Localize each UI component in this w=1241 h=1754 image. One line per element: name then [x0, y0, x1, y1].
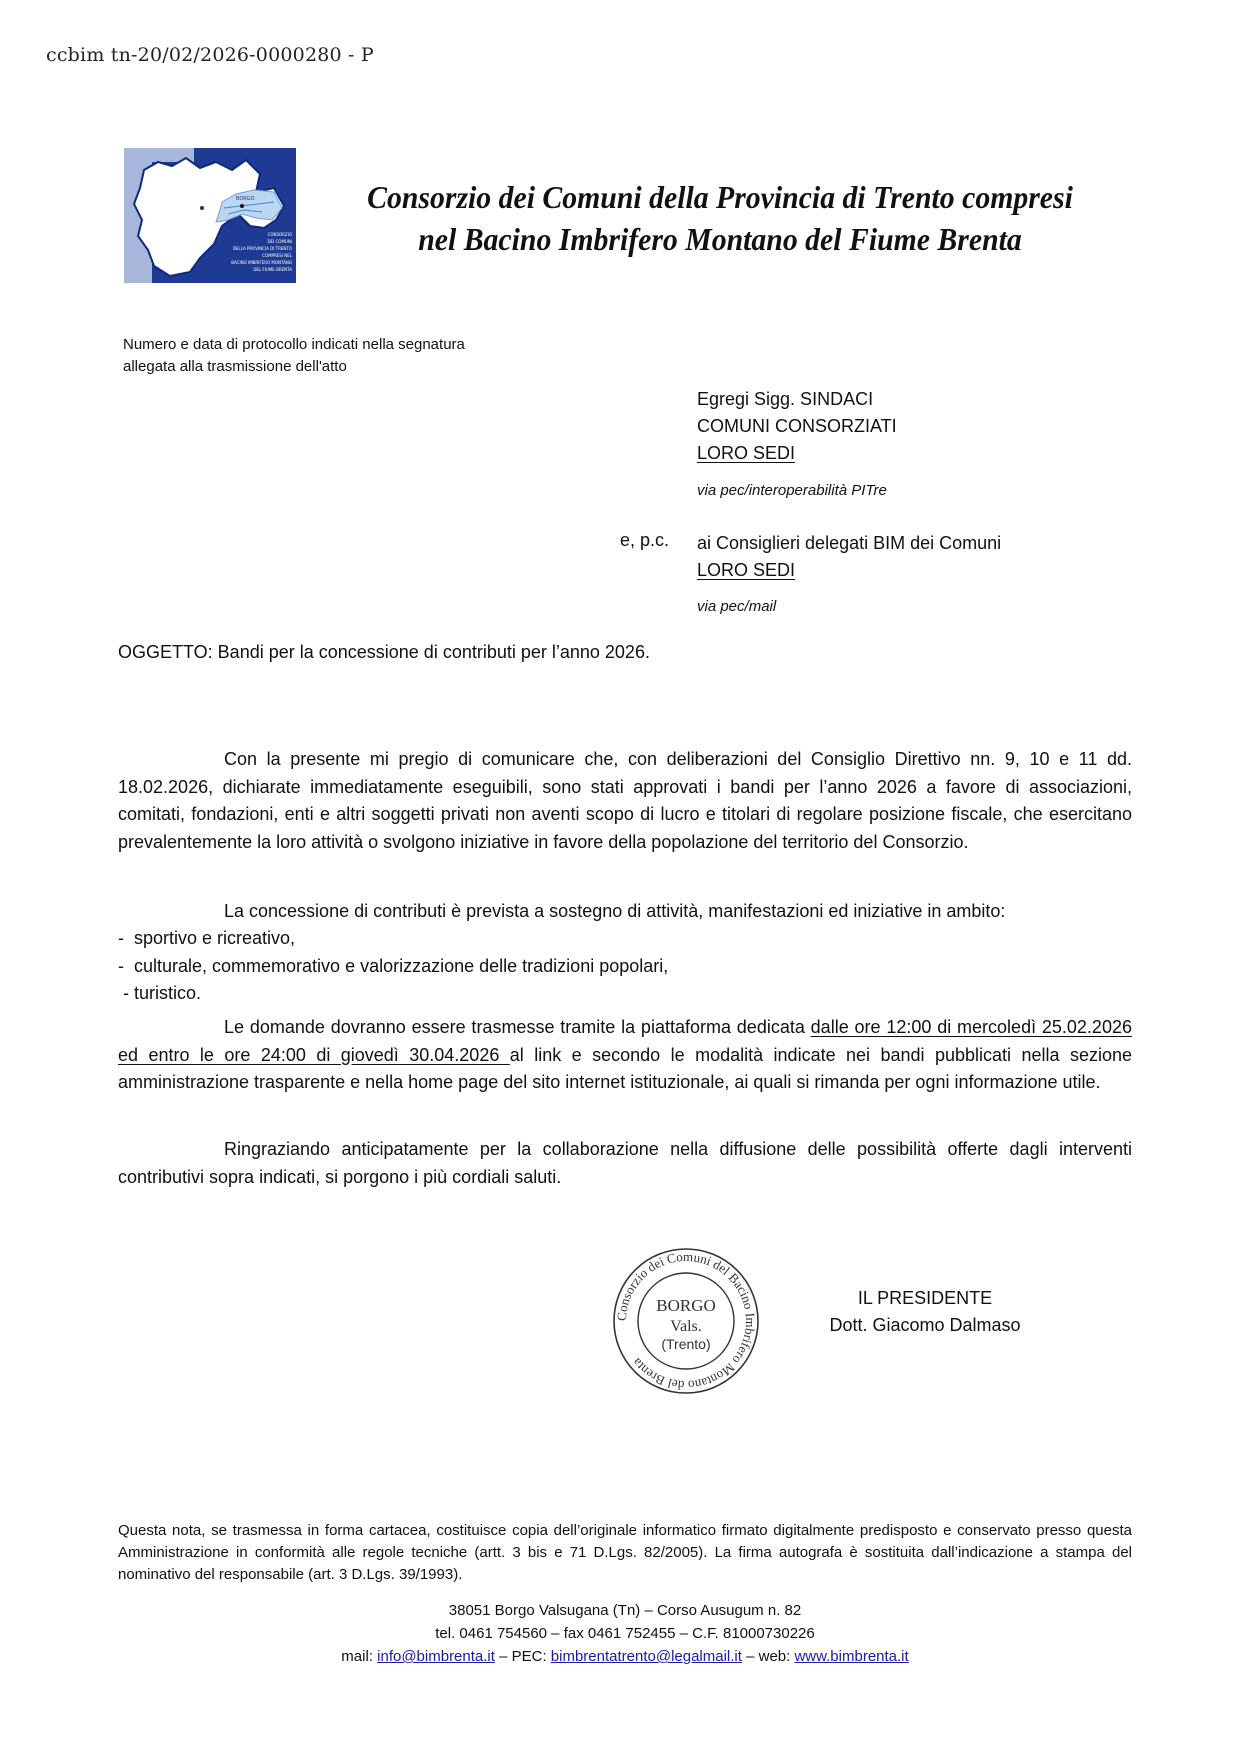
cc-line-1: ai Consiglieri delegati BIM dei Comuni: [697, 530, 1001, 557]
body-paragraph-3-text: Le domande dovranno essere trasmesse tra…: [224, 1017, 811, 1037]
svg-text:COMPRESI NEL: COMPRESI NEL: [262, 253, 293, 258]
footer-contacts: 38051 Borgo Valsugana (Tn) – Corso Ausug…: [118, 1599, 1132, 1668]
body-paragraph-2: La concessione di contributi è prevista …: [118, 898, 1132, 926]
svg-text:BACINO IMBRIFERO MONTANO: BACINO IMBRIFERO MONTANO: [231, 260, 292, 265]
svg-text:BORGO: BORGO: [656, 1296, 716, 1315]
web-label: – web:: [742, 1648, 795, 1665]
svg-text:BORGO: BORGO: [236, 196, 255, 202]
signatory-role: IL PRESIDENTE: [810, 1285, 1040, 1312]
list-item: - turistico.: [118, 980, 668, 1008]
website-link[interactable]: www.bimbrenta.it: [794, 1648, 908, 1665]
body-paragraph-3: Le domande dovranno essere trasmesse tra…: [118, 1014, 1132, 1097]
protocol-note: Numero e data di protocollo indicati nel…: [123, 334, 465, 378]
svg-text:CONSORZIO: CONSORZIO: [268, 232, 292, 237]
email-link[interactable]: info@bimbrenta.it: [377, 1648, 495, 1665]
cc-line-2: LORO SEDI: [697, 557, 1001, 584]
organization-title-line-1: Consorzio dei Comuni della Provincia di …: [329, 176, 1110, 218]
body-paragraph-1-text: Con la presente mi pregio di comunicare …: [118, 749, 1132, 852]
recipient-line-1: Egregi Sigg. SINDACI: [697, 386, 897, 413]
footer-phones: tel. 0461 754560 – fax 0461 752455 – C.F…: [118, 1622, 1132, 1645]
cc-block: ai Consiglieri delegati BIM dei Comuni L…: [697, 530, 1001, 584]
footer-links: mail: info@bimbrenta.it – PEC: bimbrenta…: [118, 1645, 1132, 1668]
official-seal-icon: Consorzio dei Comuni del Bacino Imbrifer…: [610, 1245, 762, 1397]
protocol-note-line-2: allegata alla trasmissione dell'atto: [123, 356, 465, 378]
signatory-name: Dott. Giacomo Dalmaso: [810, 1312, 1040, 1339]
organization-title: Consorzio dei Comuni della Provincia di …: [329, 176, 1110, 260]
protocol-stamp: ccbim tn-20/02/2026-0000280 - P: [46, 44, 374, 66]
footer-address: 38051 Borgo Valsugana (Tn) – Corso Ausug…: [118, 1599, 1132, 1622]
pec-label: – PEC:: [495, 1648, 551, 1665]
recipients-delivery-method: via pec/interoperabilità PITre: [697, 482, 887, 499]
list-item: - sportivo e ricreativo,: [118, 925, 668, 953]
body-paragraph-1: Con la presente mi pregio di comunicare …: [118, 746, 1132, 856]
cc-label: e, p.c.: [620, 530, 669, 551]
svg-text:DEI COMUNI: DEI COMUNI: [267, 239, 292, 244]
svg-text:Vals.: Vals.: [670, 1318, 702, 1335]
signature-block: IL PRESIDENTE Dott. Giacomo Dalmaso: [810, 1285, 1040, 1339]
body-paragraph-2-text: La concessione di contributi è prevista …: [224, 901, 1005, 921]
digital-signature-disclaimer: Questa nota, se trasmessa in forma carta…: [118, 1520, 1132, 1586]
svg-text:DELLA PROVINCIA DI TRENTO: DELLA PROVINCIA DI TRENTO: [233, 246, 292, 251]
scope-list: - sportivo e ricreativo, - culturale, co…: [118, 925, 668, 1008]
svg-text:DEL FIUME BRENTA: DEL FIUME BRENTA: [253, 267, 292, 272]
recipient-line-3: LORO SEDI: [697, 440, 897, 467]
organization-title-line-2: nel Bacino Imbrifero Montano del Fiume B…: [329, 218, 1110, 260]
svg-text:(Trento): (Trento): [661, 1336, 710, 1352]
trentino-map-logo-icon: BORGO CONSORZIO DEI COMUNI DELLA PROVINC…: [124, 148, 296, 283]
closing-text: Ringraziando anticipatamente per la coll…: [118, 1139, 1132, 1187]
subject-line: OGGETTO: Bandi per la concessione di con…: [118, 642, 650, 663]
recipient-line-2: COMUNI CONSORZIATI: [697, 413, 897, 440]
mail-label: mail:: [341, 1648, 377, 1665]
list-item: - culturale, commemorativo e valorizzazi…: [118, 953, 668, 981]
recipients-block: Egregi Sigg. SINDACI COMUNI CONSORZIATI …: [697, 386, 897, 467]
pec-link[interactable]: bimbrentatrento@legalmail.it: [551, 1648, 742, 1665]
cc-delivery-method: via pec/mail: [697, 598, 776, 615]
protocol-note-line-1: Numero e data di protocollo indicati nel…: [123, 334, 465, 356]
body-paragraph-4: Ringraziando anticipatamente per la coll…: [118, 1136, 1132, 1191]
